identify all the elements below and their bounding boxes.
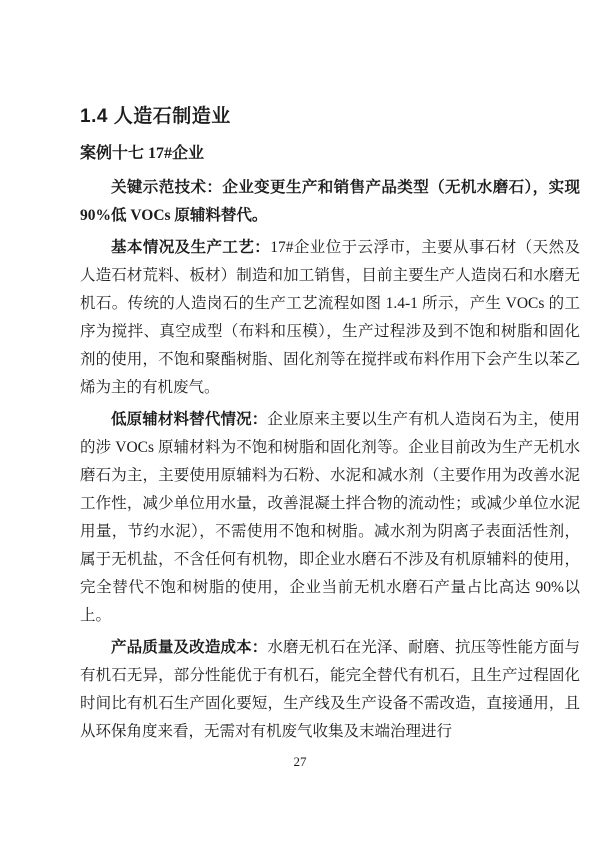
paragraph-key-technology: 关键示范技术：企业变更生产和销售产品类型（无机水磨石），实现 90%低 VOCs… — [80, 174, 580, 230]
paragraph-text: 企业原来主要以生产有机人造岗石为主，使用的涉 VOCs 原辅材料为不饱和树脂和固… — [80, 411, 580, 624]
paragraph-lead: 产品质量及改造成本： — [111, 639, 267, 656]
paragraph-lead: 低原辅材料替代情况： — [111, 411, 267, 428]
case-heading: 案例十七 17#企业 — [80, 142, 580, 166]
paragraph-lead: 基本情况及生产工艺： — [111, 239, 270, 256]
document-page: 1.4 人造石制造业 案例十七 17#企业 关键示范技术：企业变更生产和销售产品… — [0, 0, 600, 848]
section-heading: 1.4 人造石制造业 — [80, 104, 580, 130]
paragraph-basic-info-production-process: 基本情况及生产工艺：17#企业位于云浮市，主要从事石材（天然及人造石材荒料、板材… — [80, 234, 580, 402]
paragraph-text: 17#企业位于云浮市，主要从事石材（天然及人造石材荒料、板材）制造和加工销售，目… — [80, 239, 580, 396]
paragraph-product-quality-cost: 产品质量及改造成本：水磨无机石在光泽、耐磨、抗压等性能方面与有机石无异，部分性能… — [80, 634, 580, 746]
paragraph-low-voc-material-substitution: 低原辅材料替代情况：企业原来主要以生产有机人造岗石为主，使用的涉 VOCs 原辅… — [80, 406, 580, 630]
page-number: 27 — [0, 753, 600, 771]
paragraph-lead: 关键示范技术： — [111, 179, 222, 196]
page-content: 1.4 人造石制造业 案例十七 17#企业 关键示范技术：企业变更生产和销售产品… — [80, 104, 580, 746]
